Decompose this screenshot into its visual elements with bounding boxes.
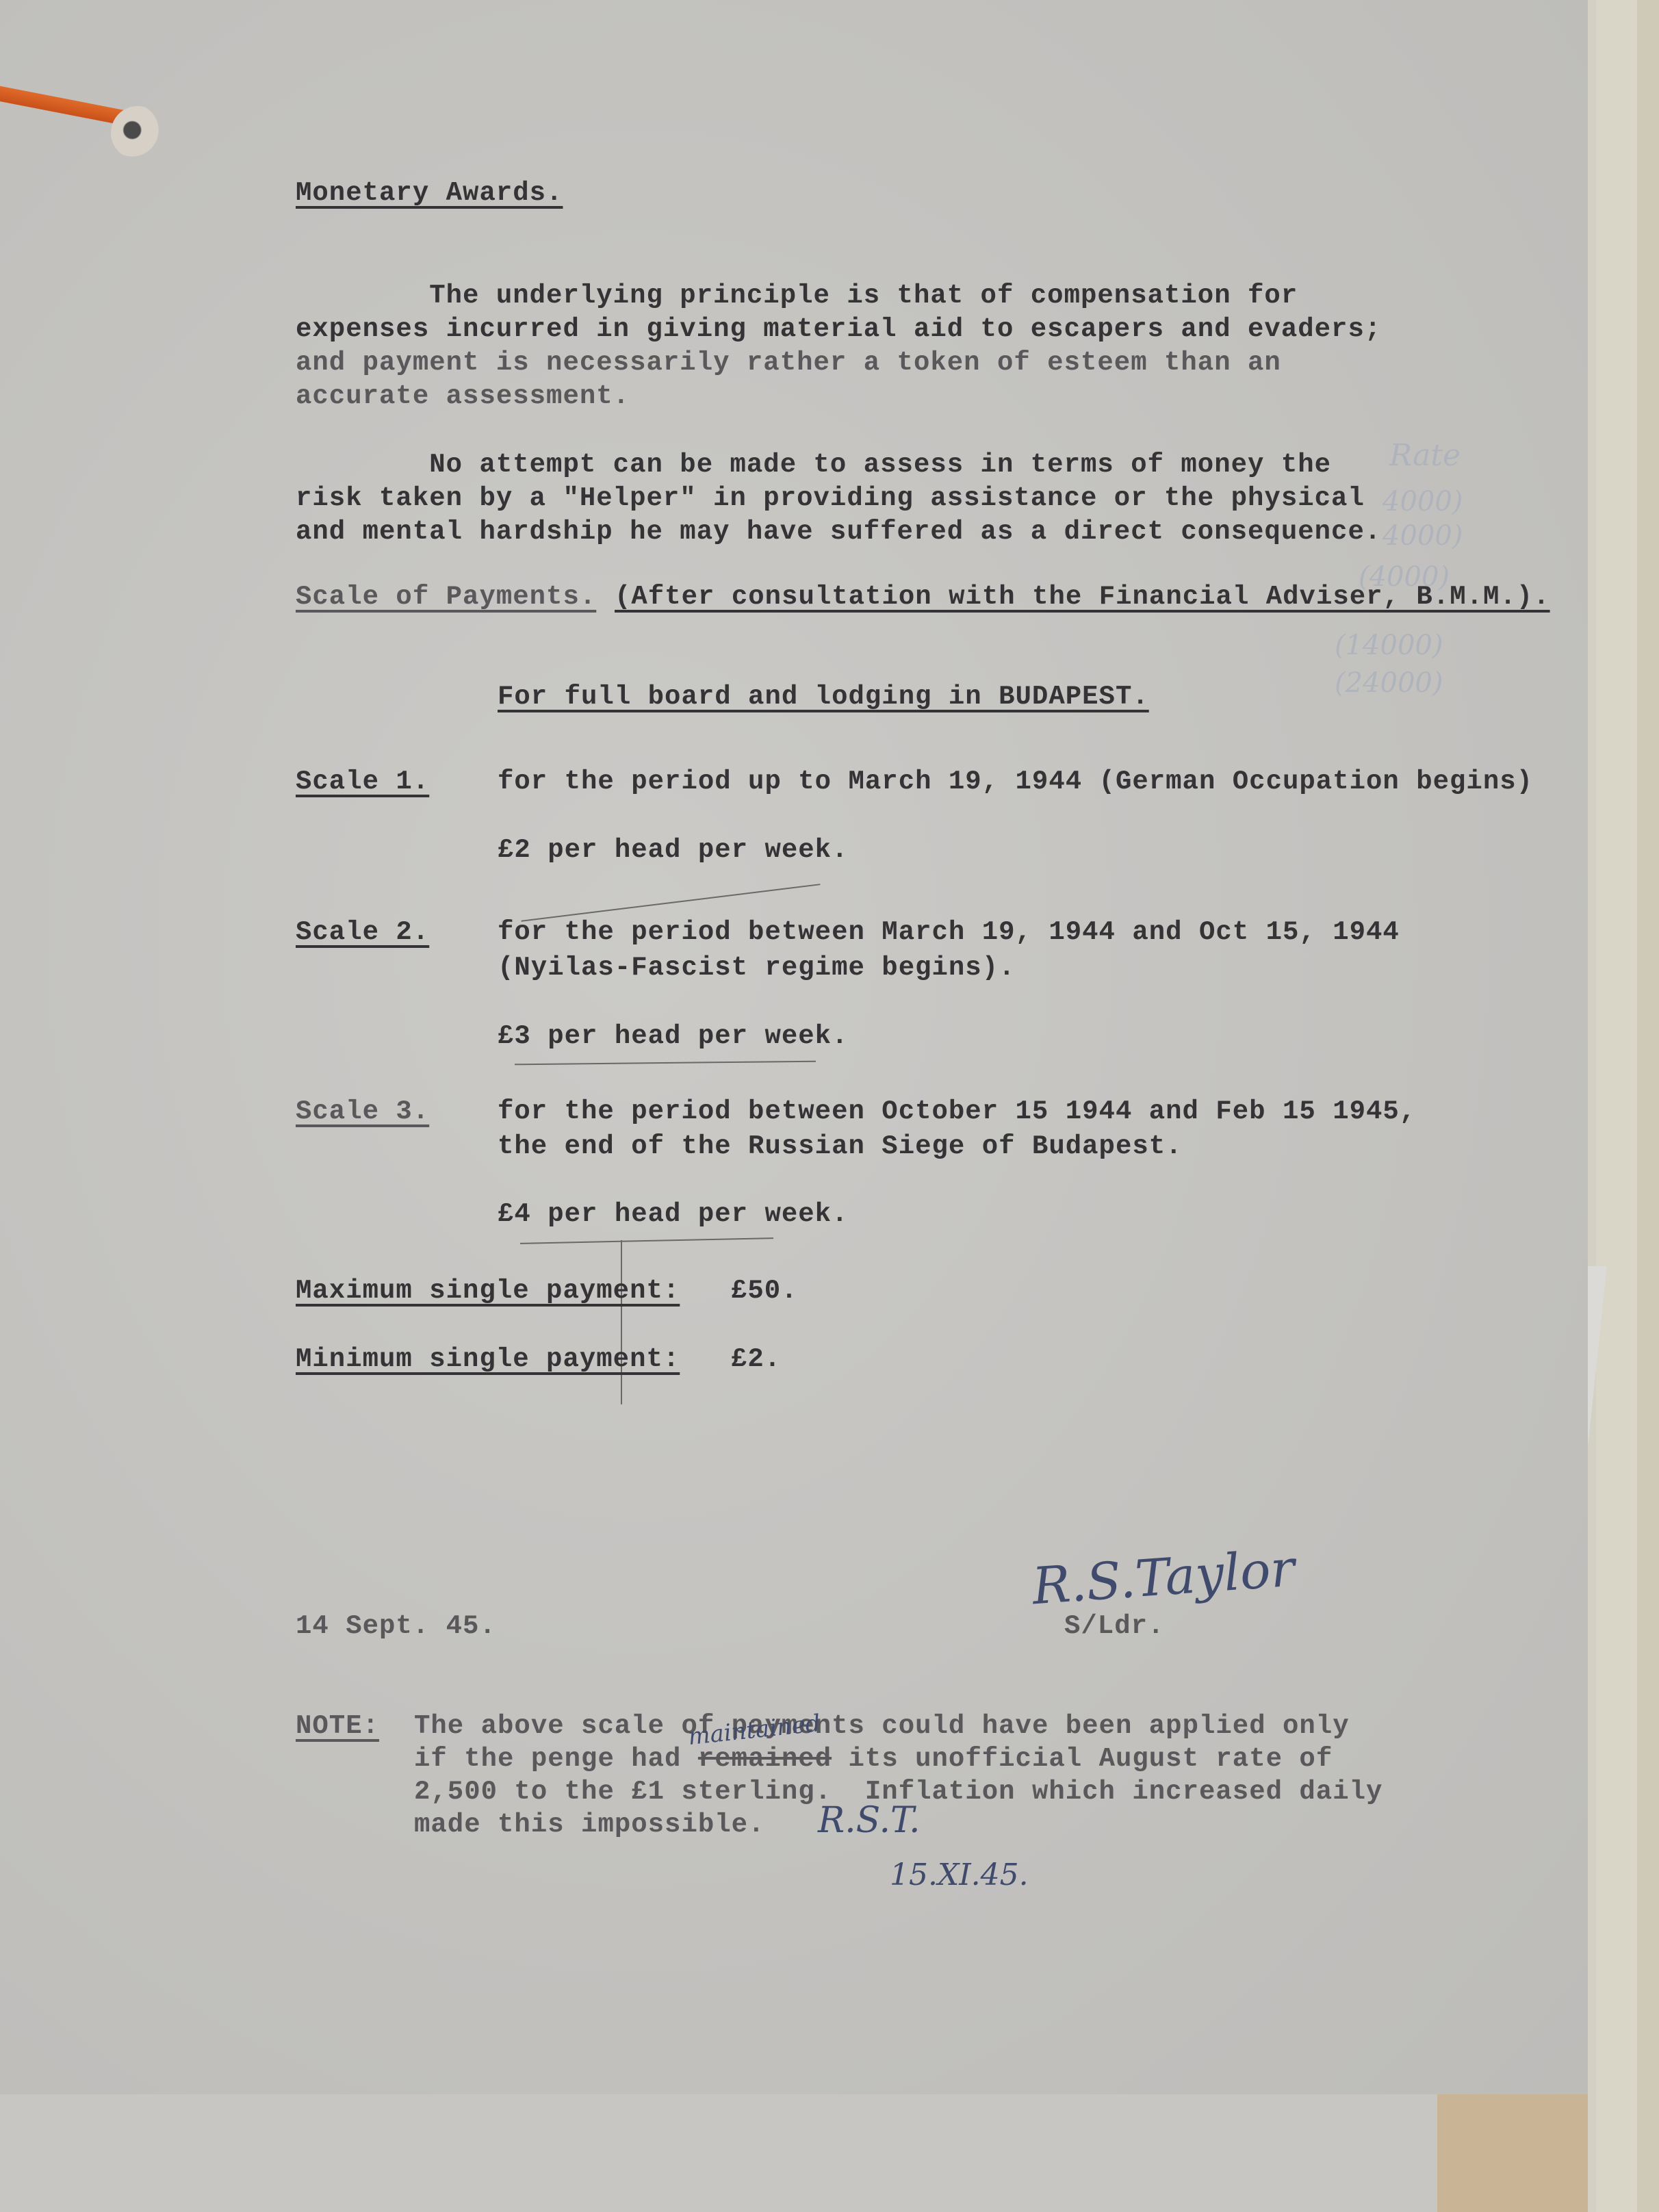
scale-period: for the period between October 15 1944 a… — [498, 1095, 1416, 1129]
handwritten-initials: R.S.T. — [818, 1800, 921, 1841]
text-line: expenses incurred in giving material aid… — [296, 313, 1381, 346]
scale-rate: £4 per head per week. — [498, 1198, 848, 1231]
note-label: NOTE: — [296, 1710, 379, 1743]
signatory-rank: S/Ldr. — [1064, 1610, 1164, 1643]
scale-rate: £2 per head per week. — [498, 834, 848, 867]
budapest-subheading: For full board and lodging in BUDAPEST. — [498, 680, 1149, 714]
scale-label: Scale 3. — [296, 1095, 429, 1129]
memo-heading: Monetary Awards. — [296, 177, 563, 210]
memo-date: 14 Sept. 45. — [296, 1610, 496, 1643]
minimum-label: Minimum single payment: — [296, 1343, 680, 1376]
text-line: No attempt can be made to assess in term… — [296, 448, 1331, 482]
scale-heading-note: (After consultation with the Financial A… — [615, 580, 1550, 614]
handwritten-date: 15.XI.45. — [890, 1857, 1029, 1892]
handwritten-signature: R.S.Taylor — [1030, 1539, 1296, 1617]
scale-label: Scale 2. — [296, 916, 429, 949]
scale-rate: £3 per head per week. — [498, 1020, 848, 1053]
pencil-mark — [621, 1240, 622, 1404]
scale-label: Scale 1. — [296, 765, 429, 799]
text-line: The underlying principle is that of comp… — [296, 279, 1298, 313]
text-line: and mental hardship he may have suffered… — [296, 515, 1381, 549]
maximum-value: £50. — [731, 1274, 798, 1308]
struck-word: remained — [698, 1744, 832, 1774]
text-line: if the penge had remained its unofficial… — [414, 1742, 1333, 1776]
minimum-value: £2. — [731, 1343, 781, 1376]
scale-period: the end of the Russian Siege of Budapest… — [498, 1130, 1183, 1163]
scale-period: for the period up to March 19, 1944 (Ger… — [498, 765, 1533, 799]
pencil-mark — [515, 1061, 816, 1066]
text-line: and payment is necessarily rather a toke… — [296, 346, 1281, 380]
text-line: accurate assessment. — [296, 380, 630, 413]
text-line: The above scale of payments could have b… — [414, 1710, 1350, 1743]
scale-period: for the period between March 19, 1944 an… — [498, 916, 1400, 949]
typed-memo: Monetary Awards. The underlying principl… — [0, 0, 1659, 2212]
scale-heading: Scale of Payments. — [296, 580, 596, 614]
scale-period: (Nyilas-Fascist regime begins). — [498, 951, 1016, 985]
pencil-mark — [520, 1237, 773, 1244]
text-line: risk taken by a "Helper" in providing as… — [296, 482, 1365, 515]
maximum-label: Maximum single payment: — [296, 1274, 680, 1308]
text-line: made this impossible. — [414, 1808, 764, 1842]
